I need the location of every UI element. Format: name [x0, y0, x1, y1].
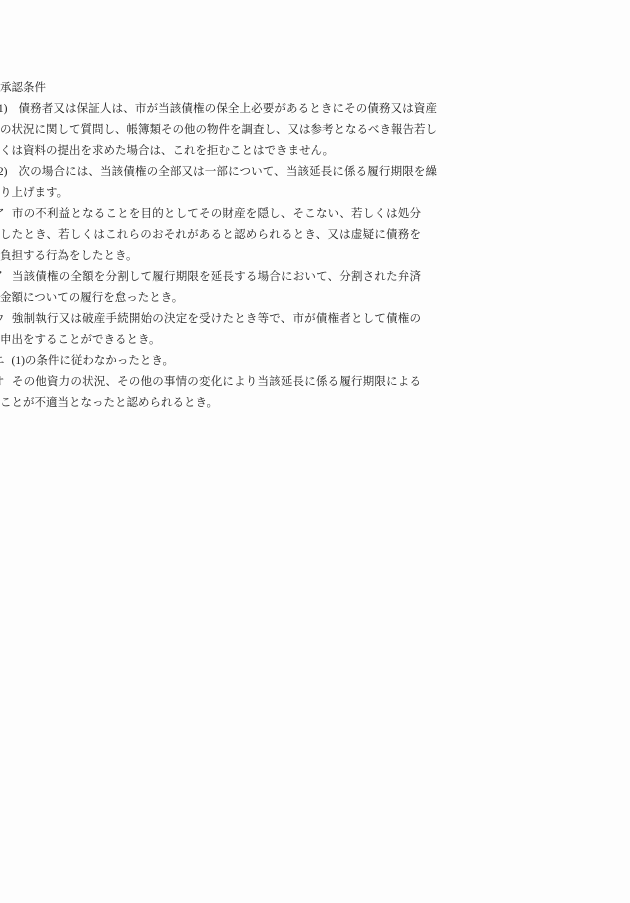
subclause-a: ア市の不利益となることを目的としてその財産を隠し、そこない、若しくは処分したとき… — [0, 204, 421, 267]
subclause-u: ウ強制執行又は破産手続開始の決定を受けたとき等で、市が債権者として債権の申出をす… — [0, 309, 421, 351]
subclause-i-marker: イ — [0, 271, 5, 283]
subclause-i: イ当該債権の全額を分割して履行期限を延長する場合において、分割された弁済金額につ… — [0, 267, 421, 309]
subclause-e: エ(1)の条件に従わなかったとき。 — [0, 351, 421, 372]
document-title: 承認条件 — [0, 78, 460, 99]
subclause-u-marker: ウ — [0, 313, 5, 325]
clause-1-marker: (1) — [0, 103, 7, 115]
clause-1-text: 債務者又は保証人は、市が当該債権の保全上必要があるときにその債務又は資産の状況に… — [0, 103, 437, 157]
document-body: 承認条件 (1)債務者又は保証人は、市が当該債権の保全上必要があるときにその債務… — [0, 78, 630, 414]
document-title-text: 承認条件 — [0, 82, 46, 94]
subclause-i-text: 当該債権の全額を分割して履行期限を延長する場合において、分割された弁済金額につい… — [0, 271, 421, 304]
subclause-e-text: (1)の条件に従わなかったとき。 — [12, 355, 174, 367]
document-page: 承認条件 (1)債務者又は保証人は、市が当該債権の保全上必要があるときにその債務… — [0, 0, 630, 903]
clause-2: (2)次の場合には、当該債権の全部又は一部について、当該延長に係る履行期限を繰り… — [0, 162, 437, 204]
subclause-o: オその他資力の状況、その他の事情の変化により当該延長に係る履行期限によることが不… — [0, 372, 421, 414]
subclause-o-text: その他資力の状況、その他の事情の変化により当該延長に係る履行期限によることが不適… — [0, 376, 421, 409]
subclause-a-marker: ア — [0, 208, 5, 220]
clause-2-marker: (2) — [0, 166, 7, 178]
subclause-a-text: 市の不利益となることを目的としてその財産を隠し、そこない、若しくは処分したとき、… — [0, 208, 421, 262]
clause-1: (1)債務者又は保証人は、市が当該債権の保全上必要があるときにその債務又は資産の… — [0, 99, 437, 162]
subclause-o-marker: オ — [0, 376, 5, 388]
subclause-u-text: 強制執行又は破産手続開始の決定を受けたとき等で、市が債権者として債権の申出をする… — [0, 313, 421, 346]
subclause-e-marker: エ — [0, 355, 5, 367]
clause-2-text: 次の場合には、当該債権の全部又は一部について、当該延長に係る履行期限を繰り上げま… — [0, 166, 437, 199]
